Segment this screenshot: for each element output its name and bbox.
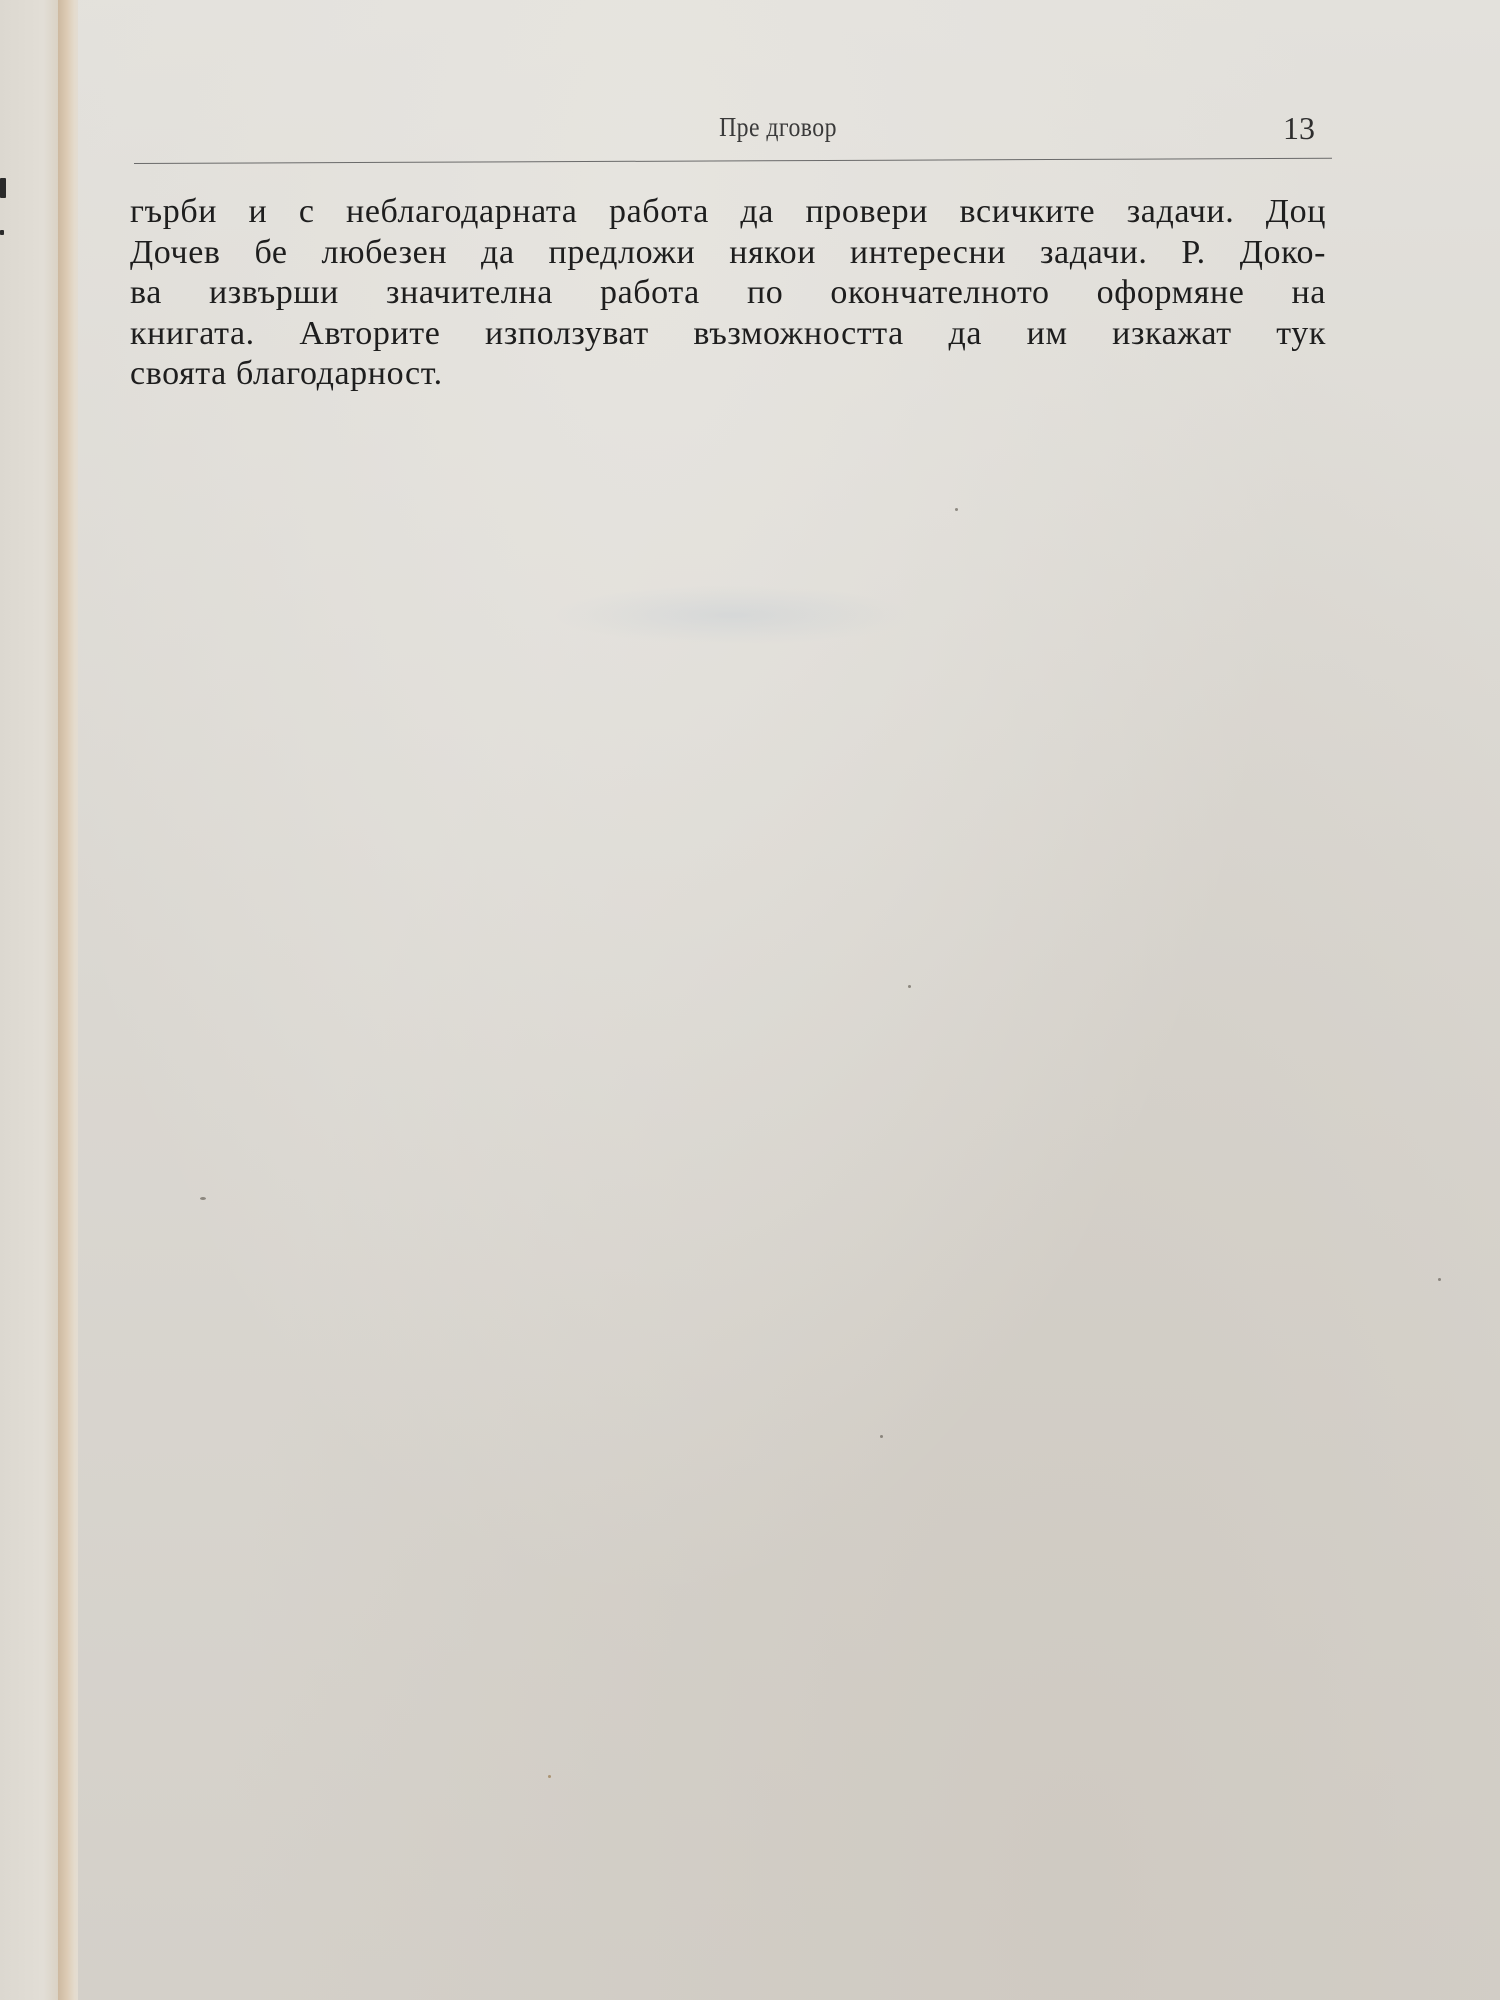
paper-speck bbox=[548, 1775, 551, 1778]
ink-show-through bbox=[553, 585, 913, 645]
previous-page-text-fragment bbox=[0, 230, 4, 235]
book-gutter bbox=[58, 0, 80, 2000]
paper-speck bbox=[908, 985, 911, 988]
text-line: книгата. Авторите използуват възможностт… bbox=[130, 314, 1326, 355]
header-rule bbox=[134, 158, 1332, 164]
running-head: Пре дговор 13 bbox=[78, 112, 1500, 152]
previous-page-text-fragment bbox=[0, 178, 6, 198]
paper-speck bbox=[1438, 1278, 1441, 1281]
paper-speck bbox=[880, 1435, 883, 1438]
previous-page-edge bbox=[0, 0, 62, 2000]
text-line: Дочев бе любезен да предложи някои интер… bbox=[130, 233, 1326, 274]
text-line: гърби и с неблагодарната работа да прове… bbox=[130, 192, 1326, 233]
book-page: Пре дговор 13 гърби и с неблагодарната р… bbox=[78, 0, 1500, 2000]
page-number: 13 bbox=[1283, 110, 1315, 147]
text-line: своята благодарност. bbox=[130, 354, 1326, 395]
body-paragraph: гърби и с неблагодарната работа да прове… bbox=[130, 192, 1326, 395]
running-title: Пре дговор bbox=[672, 112, 883, 143]
text-line: ва извърши значителна работа по окончате… bbox=[130, 273, 1326, 314]
paper-speck bbox=[955, 508, 958, 511]
paper-speck bbox=[200, 1197, 206, 1200]
